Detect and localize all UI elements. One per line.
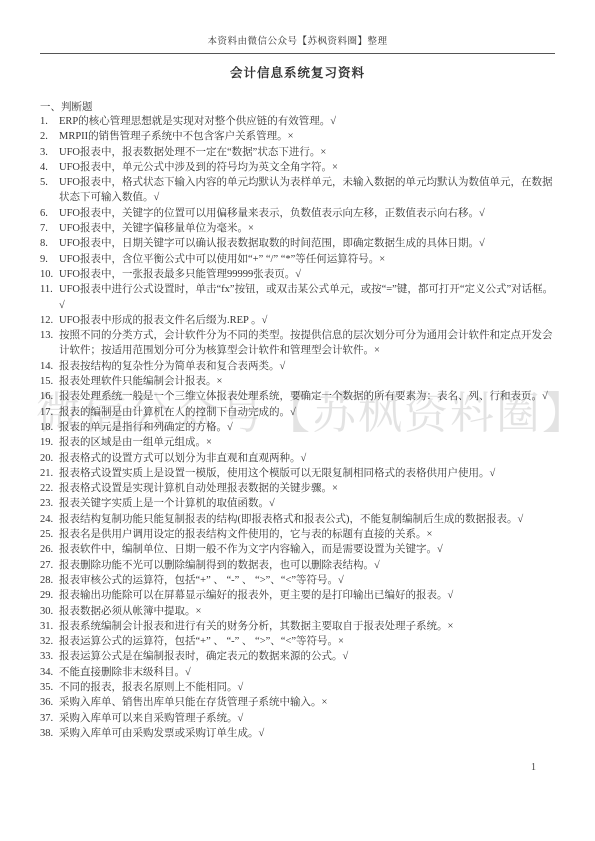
question-number: 10. bbox=[40, 267, 59, 282]
page-number: 1 bbox=[531, 762, 536, 773]
question-item: 19.报表的区域是由一组单元组成。× bbox=[40, 435, 557, 450]
question-number: 30. bbox=[40, 604, 59, 619]
question-item: 21.报表格式设置实质上是设置一模版，使用这个模版可以无限复制相同格式的表格供用… bbox=[40, 466, 557, 481]
question-item: 17.报表的编制是由计算机在人的控制下自动完成的。√ bbox=[40, 405, 557, 420]
question-number: 17. bbox=[40, 405, 59, 420]
question-number: 12. bbox=[40, 313, 59, 328]
question-text: 报表删除功能不光可以删除编制得到的数据表，也可以删除表结构。√ bbox=[59, 558, 557, 573]
question-item: 31.报表系统编制会计报表和进行有关的财务分析，其数据主要取自于报表处理子系统。… bbox=[40, 619, 557, 634]
question-item: 1.ERP的核心管理思想就是实现对对整个供应链的有效管理。√ bbox=[40, 114, 557, 129]
question-item: 36.采购入库单、销售出库单只能在存货管理子系统中输入。× bbox=[40, 695, 557, 710]
question-text: 不同的报表，报表名原则上不能相同。√ bbox=[59, 680, 557, 695]
question-text: 报表的编制是由计算机在人的控制下自动完成的。√ bbox=[59, 405, 557, 420]
question-number: 36. bbox=[40, 695, 59, 710]
page-title: 会计信息系统复习资料 bbox=[0, 63, 595, 81]
question-item: 35.不同的报表，报表名原则上不能相同。√ bbox=[40, 680, 557, 695]
question-text: 报表格式设置是实现计算机自动处理报表数据的关键步骤。× bbox=[59, 481, 557, 496]
question-number: 35. bbox=[40, 680, 59, 695]
question-text: 报表处理软件只能编制会计报表。× bbox=[59, 374, 557, 389]
question-number: 23. bbox=[40, 496, 59, 511]
question-number: 15. bbox=[40, 374, 59, 389]
question-item: 32.报表运算公式的运算符，包括“+” 、 “-” 、 “>”、“<”等符号。× bbox=[40, 634, 557, 649]
question-number: 27. bbox=[40, 558, 59, 573]
question-text: UFO报表中，单元公式中涉及到的符号均为英文全角字符。× bbox=[59, 160, 557, 175]
question-item: 4.UFO报表中，单元公式中涉及到的符号均为英文全角字符。× bbox=[40, 160, 557, 175]
section-heading: 一、判断题 bbox=[40, 99, 93, 114]
question-item: 26.报表软件中，编制单位、日期一般不作为文字内容输入，而是需要设置为关键字。√ bbox=[40, 542, 557, 557]
question-text: 报表审核公式的运算符，包括“+” 、 “-” 、 “>”、“<”等符号。√ bbox=[59, 573, 557, 588]
question-item: 10.UFO报表中，一张报表最多只能管理99999张表页。√ bbox=[40, 267, 557, 282]
question-number: 26. bbox=[40, 542, 59, 557]
question-item: 2.MRPII的销售管理子系统中不包含客户关系管理。× bbox=[40, 129, 557, 144]
question-item: 12.UFO报表中形成的报表文件名后缀为.REP 。√ bbox=[40, 313, 557, 328]
question-text: UFO报表中形成的报表文件名后缀为.REP 。√ bbox=[59, 313, 557, 328]
question-item: 7.UFO报表中，关键字偏移量单位为毫米。× bbox=[40, 221, 557, 236]
question-text: MRPII的销售管理子系统中不包含客户关系管理。× bbox=[59, 129, 557, 144]
question-text: 采购入库单可以来自采购管理子系统。√ bbox=[59, 711, 557, 726]
question-text: UFO报表中，报表数据处理不一定在“数据”状态下进行。× bbox=[59, 145, 557, 160]
question-number: 3. bbox=[40, 145, 59, 160]
question-number: 6. bbox=[40, 206, 59, 221]
question-number: 33. bbox=[40, 649, 59, 664]
question-text: 报表运算公式是在编制报表时，确定表元的数据来源的公式。√ bbox=[59, 649, 557, 664]
question-item: 13.按照不同的分类方式，会计软件分为不同的类型。按提供信息的层次划分可分为通用… bbox=[40, 328, 557, 359]
question-item: 29.报表输出功能除可以在屏幕显示编好的报表外，更主要的是打印输出已编好的报表。… bbox=[40, 588, 557, 603]
question-text: 报表系统编制会计报表和进行有关的财务分析，其数据主要取自于报表处理子系统。× bbox=[59, 619, 557, 634]
question-text: ERP的核心管理思想就是实现对对整个供应链的有效管理。√ bbox=[59, 114, 557, 129]
question-item: 27.报表删除功能不光可以删除编制得到的数据表，也可以删除表结构。√ bbox=[40, 558, 557, 573]
question-number: 4. bbox=[40, 160, 59, 175]
question-number: 14. bbox=[40, 359, 59, 374]
question-number: 32. bbox=[40, 634, 59, 649]
question-item: 18.报表的单元是指行和列确定的方格。√ bbox=[40, 420, 557, 435]
question-text: UFO报表中，格式状态下输入内容的单元均默认为表样单元，未输入数据的单元均默认为… bbox=[59, 175, 557, 206]
question-number: 16. bbox=[40, 389, 59, 404]
question-number: 2. bbox=[40, 129, 59, 144]
question-number: 22. bbox=[40, 481, 59, 496]
question-text: 报表数据必须从帐簿中提取。× bbox=[59, 604, 557, 619]
question-text: 报表处理系统一般是一个三维立体报表处理系统，要确定一个数据的所有要素为：表名、列… bbox=[59, 389, 557, 404]
question-text: UFO报表中进行公式设置时，单击“fx”按钮，或双击某公式单元，或按“=”键，都… bbox=[59, 282, 557, 313]
question-text: 报表运算公式的运算符，包括“+” 、 “-” 、 “>”、“<”等符号。× bbox=[59, 634, 557, 649]
question-list: 1.ERP的核心管理思想就是实现对对整个供应链的有效管理。√2.MRPII的销售… bbox=[40, 114, 557, 741]
question-item: 28.报表审核公式的运算符，包括“+” 、 “-” 、 “>”、“<”等符号。√ bbox=[40, 573, 557, 588]
question-item: 14.报表按结构的复杂性分为简单表和复合表两类。√ bbox=[40, 359, 557, 374]
question-text: 报表格式设置实质上是设置一模版，使用这个模版可以无限复制相同格式的表格供用户使用… bbox=[59, 466, 557, 481]
question-text: 报表输出功能除可以在屏幕显示编好的报表外，更主要的是打印输出已编好的报表。√ bbox=[59, 588, 557, 603]
question-text: UFO报表中，含位平衡公式中可以使用如“+” “/” “*”等任何运算符号。× bbox=[59, 252, 557, 267]
question-number: 13. bbox=[40, 328, 59, 359]
question-item: 15.报表处理软件只能编制会计报表。× bbox=[40, 374, 557, 389]
question-text: UFO报表中，关键字偏移量单位为毫米。× bbox=[59, 221, 557, 236]
question-number: 5. bbox=[40, 175, 59, 206]
question-text: 报表名是供用户调用设定的报表结构文件使用的，它与表的标题有直接的关系。× bbox=[59, 527, 557, 542]
question-number: 11. bbox=[40, 282, 59, 313]
question-number: 1. bbox=[40, 114, 59, 129]
question-item: 22.报表格式设置是实现计算机自动处理报表数据的关键步骤。× bbox=[40, 481, 557, 496]
question-number: 25. bbox=[40, 527, 59, 542]
question-text: 报表按结构的复杂性分为简单表和复合表两类。√ bbox=[59, 359, 557, 374]
question-number: 21. bbox=[40, 466, 59, 481]
question-text: UFO报表中，关键字的位置可以用偏移量来表示，负数值表示向左移，正数值表示向右移… bbox=[59, 206, 557, 221]
question-text: 报表的区域是由一组单元组成。× bbox=[59, 435, 557, 450]
question-number: 18. bbox=[40, 420, 59, 435]
question-item: 37.采购入库单可以来自采购管理子系统。√ bbox=[40, 711, 557, 726]
question-number: 9. bbox=[40, 252, 59, 267]
question-item: 5.UFO报表中，格式状态下输入内容的单元均默认为表样单元，未输入数据的单元均默… bbox=[40, 175, 557, 206]
question-item: 25.报表名是供用户调用设定的报表结构文件使用的，它与表的标题有直接的关系。× bbox=[40, 527, 557, 542]
question-number: 34. bbox=[40, 665, 59, 680]
question-number: 20. bbox=[40, 451, 59, 466]
question-number: 19. bbox=[40, 435, 59, 450]
question-text: 采购入库单、销售出库单只能在存货管理子系统中输入。× bbox=[59, 695, 557, 710]
document-page: 微信公众号【苏枫资料圈】 本资料由微信公众号【苏枫资料圈】整理 会计信息系统复习… bbox=[0, 0, 595, 841]
question-item: 11.UFO报表中进行公式设置时，单击“fx”按钮，或双击某公式单元，或按“=”… bbox=[40, 282, 557, 313]
question-text: 报表关键字实质上是一个计算机的取值函数。√ bbox=[59, 496, 557, 511]
question-number: 31. bbox=[40, 619, 59, 634]
question-item: 23.报表关键字实质上是一个计算机的取值函数。√ bbox=[40, 496, 557, 511]
question-item: 20.报表格式的设置方式可以划分为非直观和直观两种。√ bbox=[40, 451, 557, 466]
question-item: 8.UFO报表中，日期关键字可以确认报表数据取数的时间范围，即确定数据生成的具体… bbox=[40, 236, 557, 251]
question-text: 报表结构复制功能只能复制报表的结构(即报表格式和报表公式)，不能复制编制后生成的… bbox=[59, 512, 557, 527]
question-text: 报表软件中，编制单位、日期一般不作为文字内容输入，而是需要设置为关键字。√ bbox=[59, 542, 557, 557]
question-number: 24. bbox=[40, 512, 59, 527]
question-text: UFO报表中，一张报表最多只能管理99999张表页。√ bbox=[59, 267, 557, 282]
question-number: 29. bbox=[40, 588, 59, 603]
question-item: 30.报表数据必须从帐簿中提取。× bbox=[40, 604, 557, 619]
question-item: 3.UFO报表中，报表数据处理不一定在“数据”状态下进行。× bbox=[40, 145, 557, 160]
question-text: 不能直接删除非末级科目。√ bbox=[59, 665, 557, 680]
question-text: 采购入库单可由采购发票或采购订单生成。√ bbox=[59, 726, 557, 741]
question-item: 24.报表结构复制功能只能复制报表的结构(即报表格式和报表公式)，不能复制编制后… bbox=[40, 512, 557, 527]
question-text: UFO报表中，日期关键字可以确认报表数据取数的时间范围，即确定数据生成的具体日期… bbox=[59, 236, 557, 251]
question-number: 37. bbox=[40, 711, 59, 726]
question-item: 33.报表运算公式是在编制报表时，确定表元的数据来源的公式。√ bbox=[40, 649, 557, 664]
question-text: 按照不同的分类方式，会计软件分为不同的类型。按提供信息的层次划分可分为通用会计软… bbox=[59, 328, 557, 359]
page-header: 本资料由微信公众号【苏枫资料圈】整理 bbox=[40, 33, 555, 54]
question-item: 38.采购入库单可由采购发票或采购订单生成。√ bbox=[40, 726, 557, 741]
question-text: 报表的单元是指行和列确定的方格。√ bbox=[59, 420, 557, 435]
question-text: 报表格式的设置方式可以划分为非直观和直观两种。√ bbox=[59, 451, 557, 466]
question-number: 7. bbox=[40, 221, 59, 236]
question-item: 34.不能直接删除非末级科目。√ bbox=[40, 665, 557, 680]
question-number: 8. bbox=[40, 236, 59, 251]
question-item: 6.UFO报表中，关键字的位置可以用偏移量来表示，负数值表示向左移，正数值表示向… bbox=[40, 206, 557, 221]
question-number: 38. bbox=[40, 726, 59, 741]
question-item: 16.报表处理系统一般是一个三维立体报表处理系统，要确定一个数据的所有要素为：表… bbox=[40, 389, 557, 404]
question-number: 28. bbox=[40, 573, 59, 588]
question-item: 9.UFO报表中，含位平衡公式中可以使用如“+” “/” “*”等任何运算符号。… bbox=[40, 252, 557, 267]
